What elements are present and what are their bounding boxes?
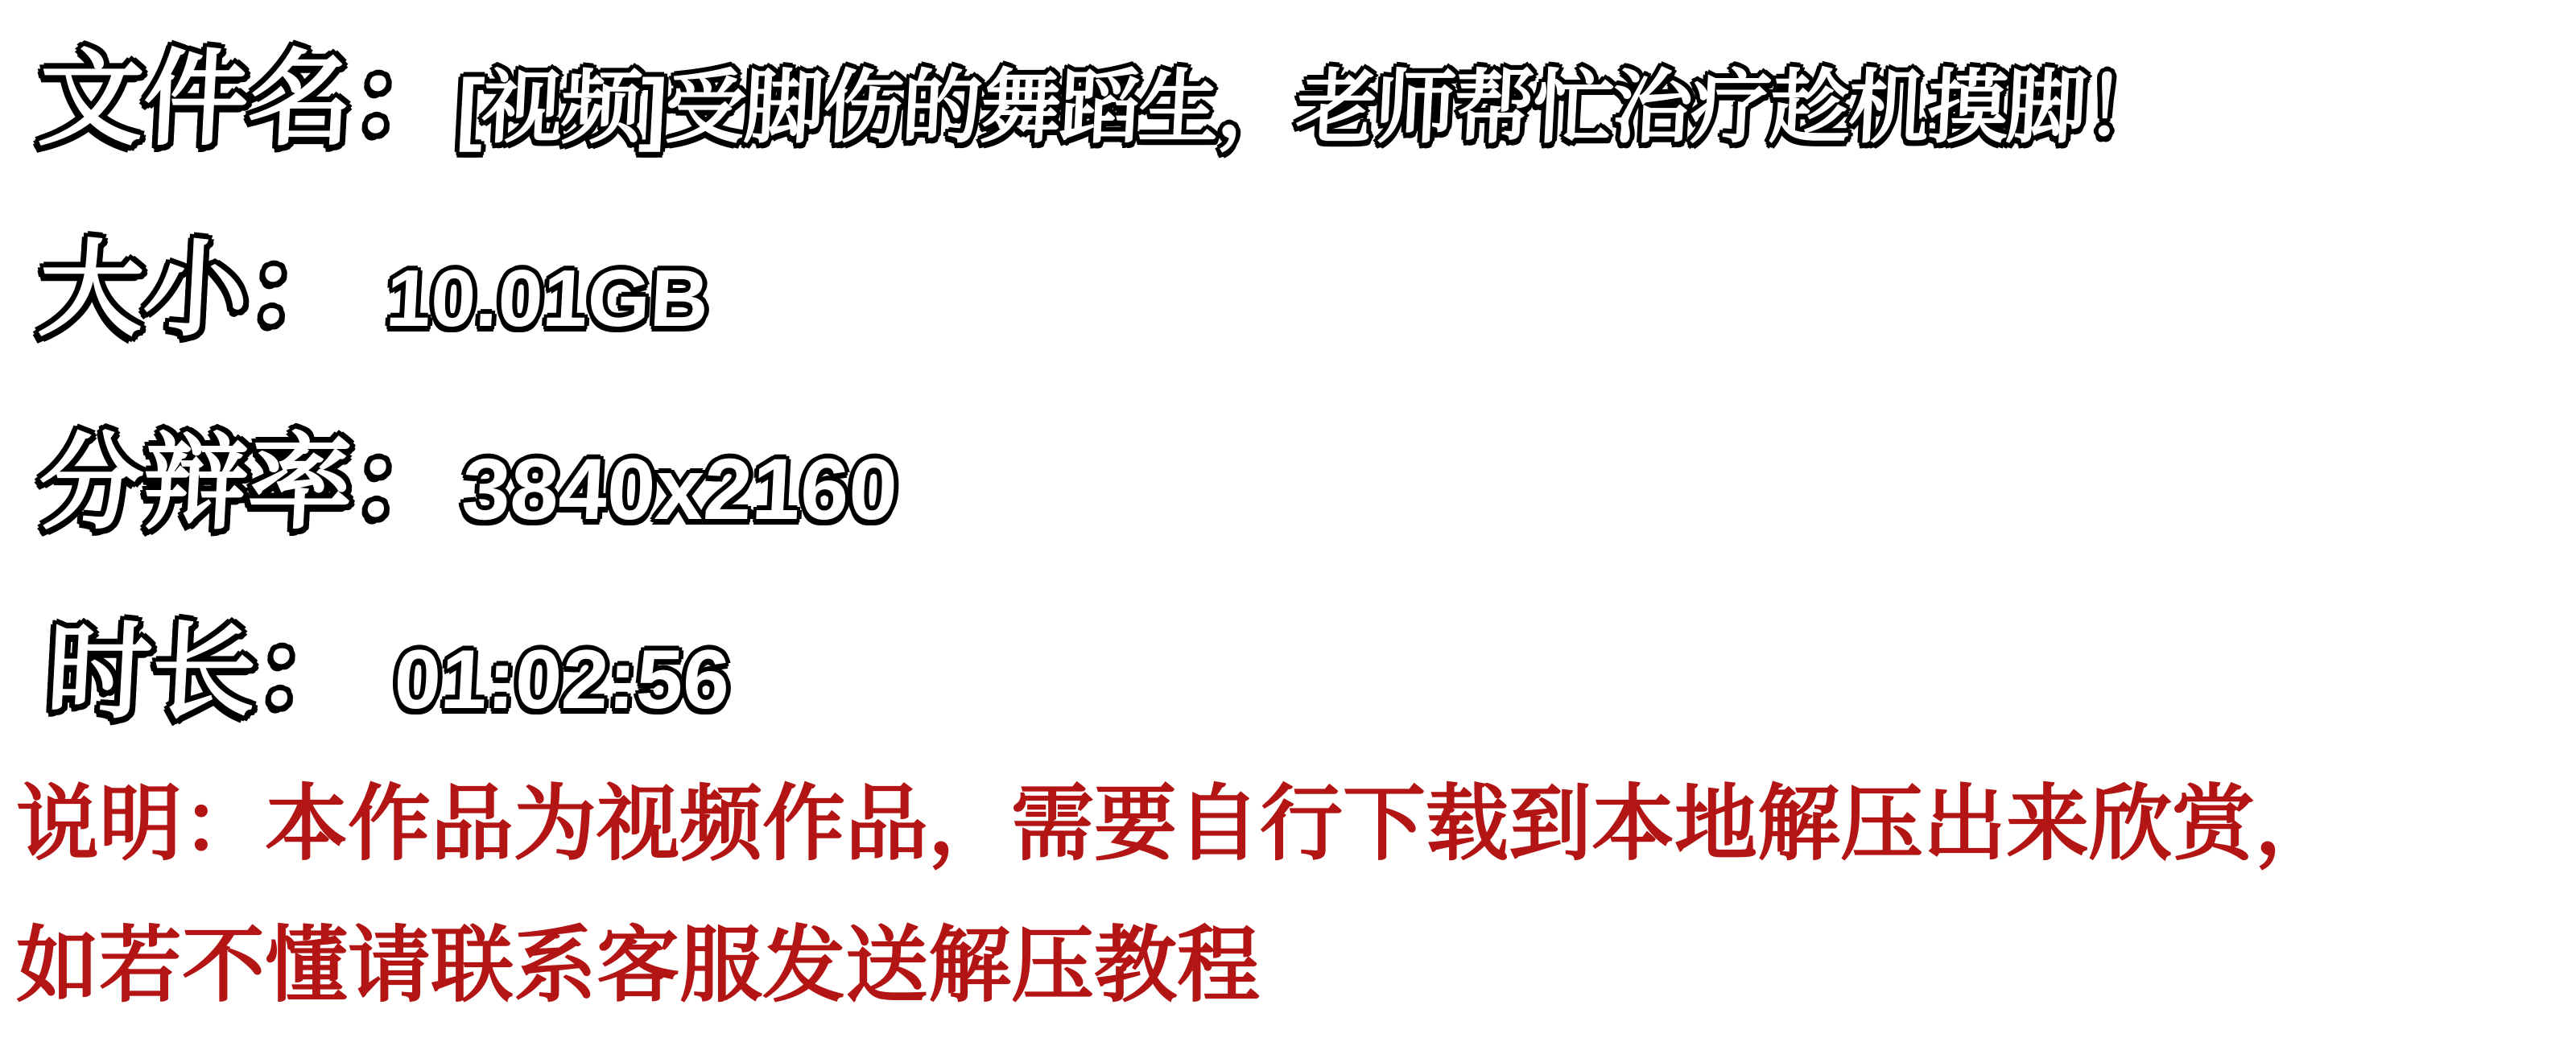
duration-value: 01:02:56 bbox=[392, 638, 732, 722]
size-row: 大小： 10.01GB bbox=[36, 237, 712, 342]
size-value: 10.01GB bbox=[384, 258, 710, 339]
notice-line-2: 如若不懂请联系客服发送解压教程 bbox=[16, 924, 1260, 1007]
duration-label: 时长： bbox=[44, 620, 364, 724]
size-label: 大小： bbox=[36, 237, 356, 342]
file-info-card: 文件名： [视频]受脚伤的舞蹈生，老师帮忙治疗趁机摸脚！ 大小： 10.01GB… bbox=[0, 0, 2576, 1046]
filename-label: 文件名： bbox=[36, 47, 460, 151]
resolution-value: 3840x2160 bbox=[460, 446, 899, 533]
filename-row: 文件名： [视频]受脚伤的舞蹈生，老师帮忙治疗趁机摸脚！ bbox=[36, 47, 2167, 151]
resolution-row: 分辩率： 3840x2160 bbox=[36, 430, 900, 535]
notice-line-1: 说明：本作品为视频作品，需要自行下载到本地解压出来欣赏， bbox=[16, 782, 2338, 865]
resolution-label: 分辩率： bbox=[36, 430, 460, 535]
filename-value: [视频]受脚伤的舞蹈生，老师帮忙治疗趁机摸脚！ bbox=[455, 68, 2166, 148]
duration-row: 时长： 01:02:56 bbox=[44, 620, 733, 724]
